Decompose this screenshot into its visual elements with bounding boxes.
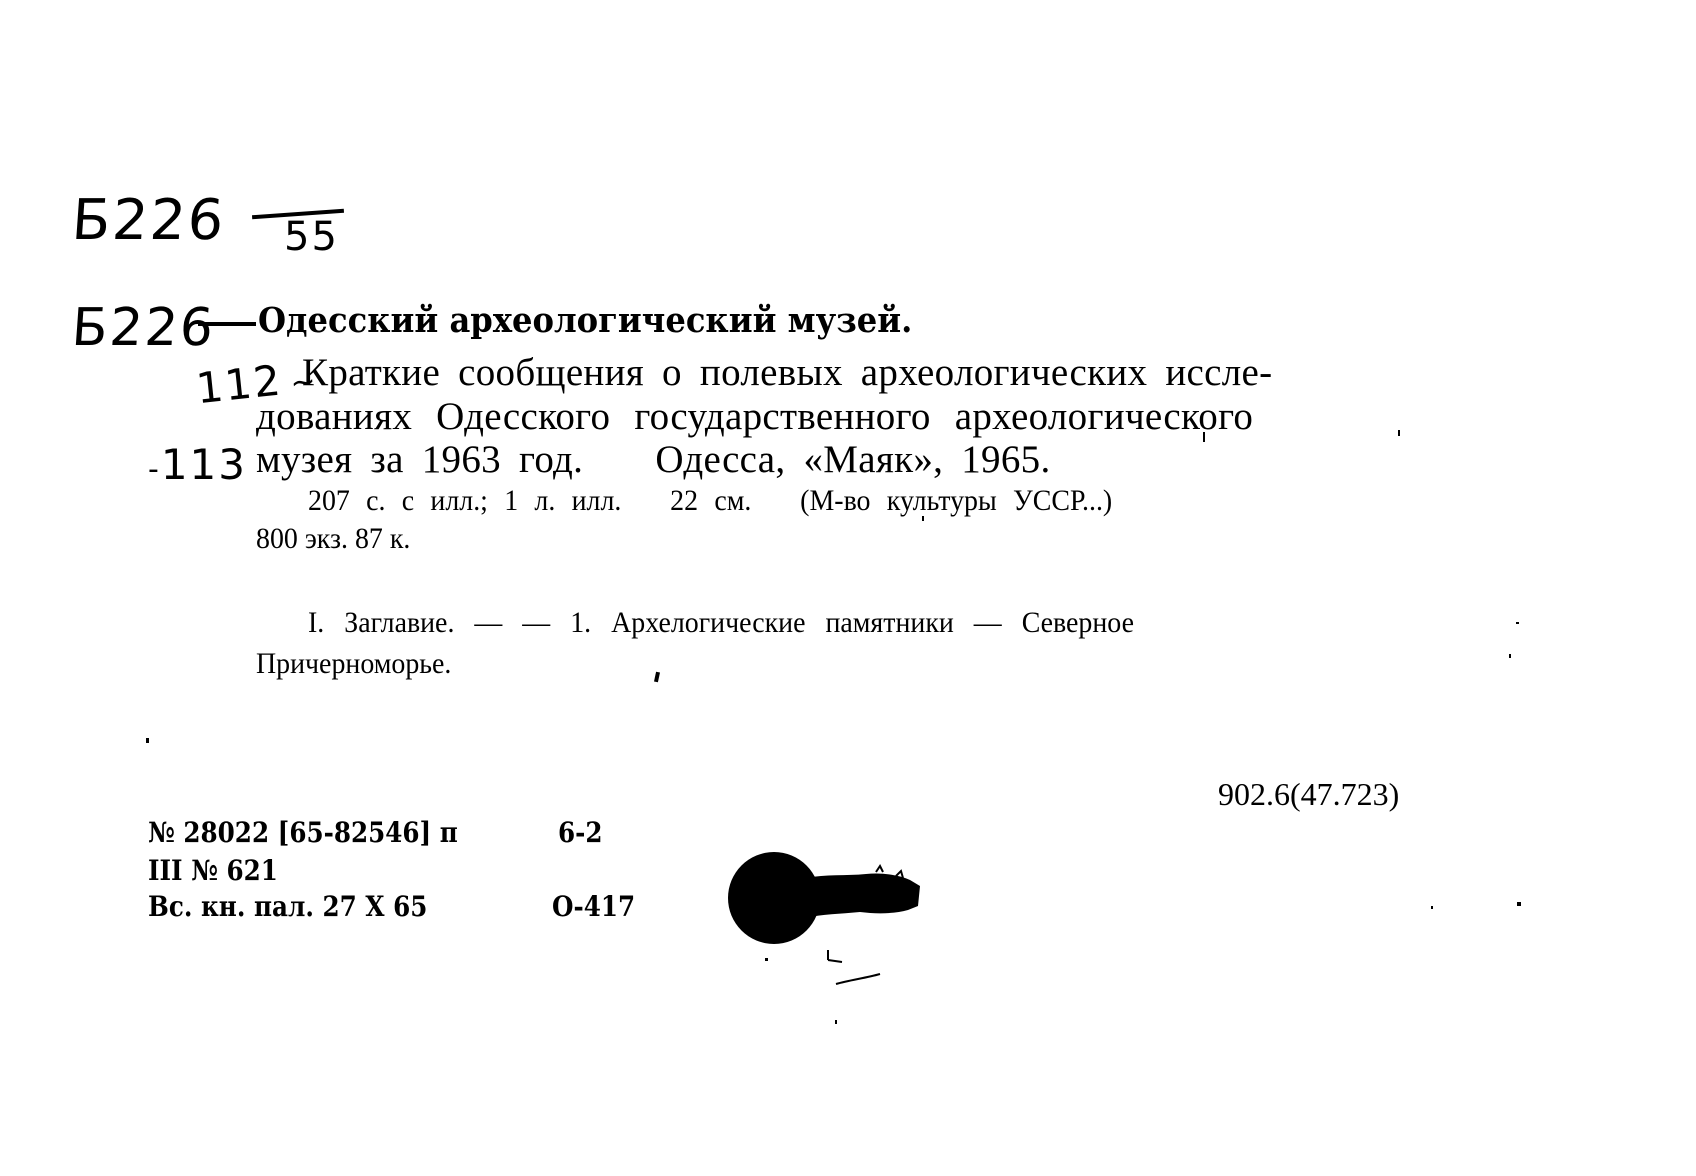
handwritten-page-ref-2: -113 <box>148 440 247 489</box>
title-line-1: Краткие сообщения о полевых археологичес… <box>302 350 1272 395</box>
scan-specks <box>0 0 1696 1176</box>
card-heading: Одесский археологический музей. <box>258 300 912 341</box>
series-number: III № 621 <box>148 854 278 887</box>
registration-number: № 28022 [65-82546] п <box>148 816 458 849</box>
handwritten-top-code: Б226 <box>70 188 228 253</box>
order-number: О-417 <box>552 890 635 923</box>
title-line-3: музея за 1963 год. Одесса, «Маяк», 1965. <box>256 437 1051 482</box>
heading-dash <box>198 322 256 326</box>
physical-description-line-1: 207 с. с илл.; 1 л. илл. 22 см. (М-во ку… <box>308 484 1112 518</box>
title-line-2: дованиях Одесского государственного архе… <box>256 394 1253 439</box>
ink-blot-icon <box>726 852 922 948</box>
handwritten-top-subscript: 55 <box>284 214 339 260</box>
chamber-info: Вс. кн. пал. 27 X 65 <box>148 890 427 923</box>
physical-description-line-2: 800 экз. 87 к. <box>256 522 410 556</box>
registration-code: 6-2 <box>558 816 603 849</box>
subject-entry-line-1: I. Заглавие. — — 1. Архелогические памят… <box>308 606 1134 640</box>
catalog-card: Б226 55 Б226 Одесский археологический му… <box>0 0 1696 1176</box>
classification-code: 902.6(47.723) <box>1218 776 1399 813</box>
handwritten-shelf-mark: Б226 <box>70 298 217 358</box>
subject-entry-line-2: Причерноморье. <box>256 647 451 681</box>
